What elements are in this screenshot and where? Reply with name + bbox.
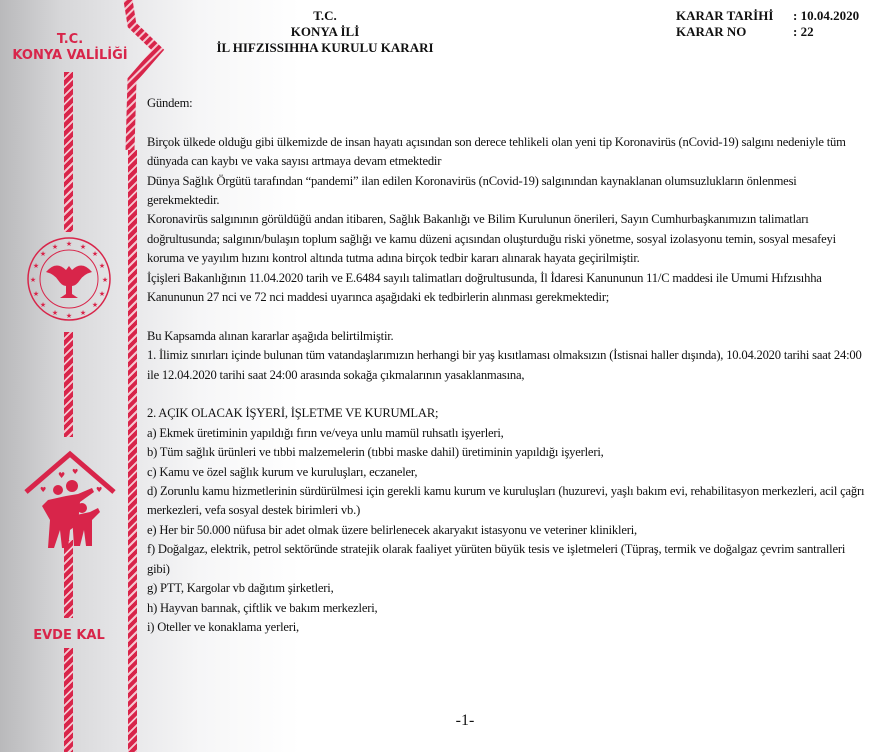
decision-date-label: KARAR TARİHİ (676, 8, 793, 24)
paragraph: Koronavirüs salgınının görüldüğü andan i… (147, 210, 867, 268)
list-item: g) PTT, Kargolar vb dağıtım şirketleri, (147, 579, 867, 598)
svg-text:♥: ♥ (58, 471, 65, 480)
svg-text:★: ★ (99, 262, 105, 270)
stay-home-slogan: EVDE KAL (0, 628, 138, 643)
list-item: e) Her bir 50.000 nüfusa bir adet olmak … (147, 521, 867, 540)
svg-text:★: ★ (80, 243, 86, 251)
paragraph: Dünya Sağlık Örgütü tarafından “pandemi”… (147, 172, 867, 211)
decision-item-2-title: 2. AÇIK OLACAK İŞYERİ, İŞLETME VE KURUML… (147, 404, 867, 423)
header-line-2: KONYA İLİ (220, 24, 430, 40)
org-line-1: T.C. (0, 32, 140, 47)
svg-text:★: ★ (102, 276, 108, 284)
decorative-rope-right (128, 150, 137, 752)
list-item: h) Hayvan barınak, çiftlik ve bakım merk… (147, 599, 867, 618)
svg-text:★: ★ (33, 262, 39, 270)
svg-text:★: ★ (33, 290, 39, 298)
svg-text:★: ★ (40, 301, 46, 309)
decision-date-value: : 10.04.2020 (793, 8, 859, 24)
paragraph: Birçok ülkede olduğu gibi ülkemizde de i… (147, 133, 867, 172)
list-item: i) Oteller ve konaklama yerleri, (147, 618, 867, 637)
svg-text:★: ★ (30, 276, 36, 284)
svg-text:♥: ♥ (72, 468, 78, 476)
svg-text:★: ★ (66, 240, 72, 248)
decorative-rope-left (64, 332, 73, 437)
decorative-rope-left (64, 72, 73, 232)
list-item: b) Tüm sağlık ürünleri ve tıbbi malzemel… (147, 443, 867, 462)
page-number: -1- (0, 712, 880, 730)
agenda-title: Gündem: (147, 94, 867, 113)
list-item: f) Doğalgaz, elektrik, petrol sektöründe… (147, 540, 867, 579)
decorative-rope-left (64, 648, 73, 752)
document-body: Gündem: Birçok ülkede olduğu gibi ülkemi… (147, 94, 867, 637)
svg-text:★: ★ (92, 301, 98, 309)
header-line-1: T.C. (220, 8, 430, 24)
svg-text:★: ★ (99, 290, 105, 298)
stay-home-family-icon: ♥ ♥ ♥ ♥ (20, 450, 120, 560)
svg-text:★: ★ (40, 250, 46, 258)
paragraph: İçişleri Bakanlığının 11.04.2020 tarih v… (147, 269, 867, 308)
decisions-intro: Bu Kapsamda alınan kararlar aşağıda beli… (147, 327, 867, 346)
svg-text:★: ★ (52, 309, 58, 317)
list-item: d) Zorunlu kamu hizmetlerinin sürdürülme… (147, 482, 867, 521)
list-item: a) Ekmek üretiminin yapıldığı fırın ve/v… (147, 424, 867, 443)
svg-text:★: ★ (92, 250, 98, 258)
governorship-seal-icon: ★★★★ ★★★★ ★★★★ ★★★★ (26, 236, 112, 322)
decision-no-value: : 22 (793, 24, 814, 40)
svg-text:★: ★ (52, 243, 58, 251)
org-line-2: KONYA VALİLİĞİ (0, 48, 140, 63)
svg-text:♥: ♥ (96, 486, 102, 494)
svg-text:★: ★ (80, 309, 86, 317)
svg-text:♥: ♥ (40, 486, 46, 494)
svg-text:★: ★ (66, 312, 72, 320)
document-header: T.C. KONYA İLİ İL HIFZISSIHHA KURULU KAR… (220, 8, 430, 56)
list-item: c) Kamu ve özel sağlık kurum ve kuruluşl… (147, 463, 867, 482)
decision-item-1: 1. İlimiz sınırları içinde bulunan tüm v… (147, 346, 867, 385)
header-line-3: İL HIFZISSIHHA KURULU KARARI (180, 40, 470, 56)
decision-meta: KARAR TARİHİ : 10.04.2020 KARAR NO : 22 (676, 8, 859, 40)
decision-no-label: KARAR NO (676, 24, 793, 40)
